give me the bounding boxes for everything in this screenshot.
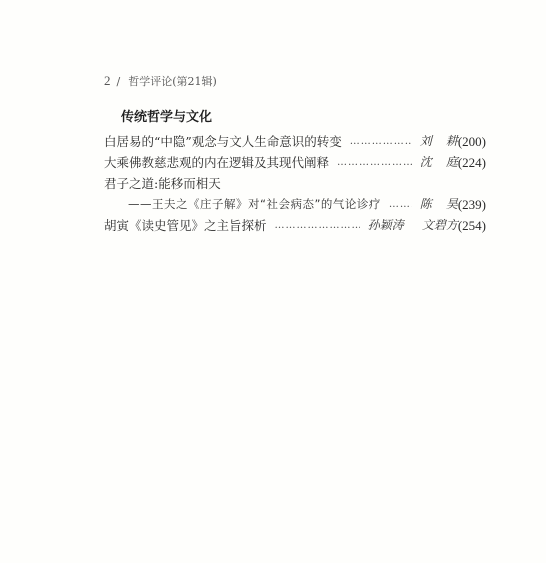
page-number: 2 xyxy=(104,73,111,88)
entry-author: 文碧方 xyxy=(422,215,458,236)
toc-entry[interactable]: 大乘佛教慈悲观的内在逻辑及其现代阐释 ………………………… 沈庭 (224) xyxy=(104,152,486,173)
toc-entry[interactable]: 白居易的“中隐”观念与文人生命意识的转变 …………………… 刘耕 (200) xyxy=(104,131,486,152)
toc-entry[interactable]: 胡寅《读史管见》之主旨探析 ……………………………… 孙颖涛 文碧方 (254) xyxy=(104,215,486,236)
entry-subtitle: ——王夫之《庄子解》对“社会病态”的气论诊疗 xyxy=(104,194,381,215)
entry-page: (254) xyxy=(458,215,486,236)
table-of-contents: 白居易的“中隐”观念与文人生命意识的转变 …………………… 刘耕 (200) 大… xyxy=(104,131,486,236)
entry-page: (224) xyxy=(458,152,486,173)
entry-title: 胡寅《读史管见》之主旨探析 xyxy=(104,215,267,236)
dot-leader: ………………………… xyxy=(337,152,412,173)
entry-title: 君子之道:能移而相天 xyxy=(104,173,221,194)
dot-leader: ………… xyxy=(389,194,412,215)
toc-entry-subtitle[interactable]: ——王夫之《庄子解》对“社会病态”的气论诊疗 ………… 陈昊 (239) xyxy=(104,194,486,215)
toc-entry[interactable]: 君子之道:能移而相天 xyxy=(104,173,486,194)
entry-co-author: 孙颖涛 xyxy=(368,215,404,236)
journal-title: 哲学评论(第21辑) xyxy=(128,75,217,88)
entry-title: 白居易的“中隐”观念与文人生命意识的转变 xyxy=(104,131,342,152)
separator: / xyxy=(117,75,121,88)
entry-page: (200) xyxy=(458,131,486,152)
entry-page: (239) xyxy=(458,194,486,215)
running-head: 2/哲学评论(第21辑) xyxy=(104,73,217,89)
section-title: 传统哲学与文化 xyxy=(121,106,212,125)
entry-title: 大乘佛教慈悲观的内在逻辑及其现代阐释 xyxy=(104,152,329,173)
dot-leader: …………………… xyxy=(350,131,412,152)
entry-author: 陈昊 xyxy=(420,194,458,215)
dot-leader: ……………………………… xyxy=(275,215,360,236)
entry-author: 沈庭 xyxy=(420,152,458,173)
entry-author: 刘耕 xyxy=(420,131,458,152)
